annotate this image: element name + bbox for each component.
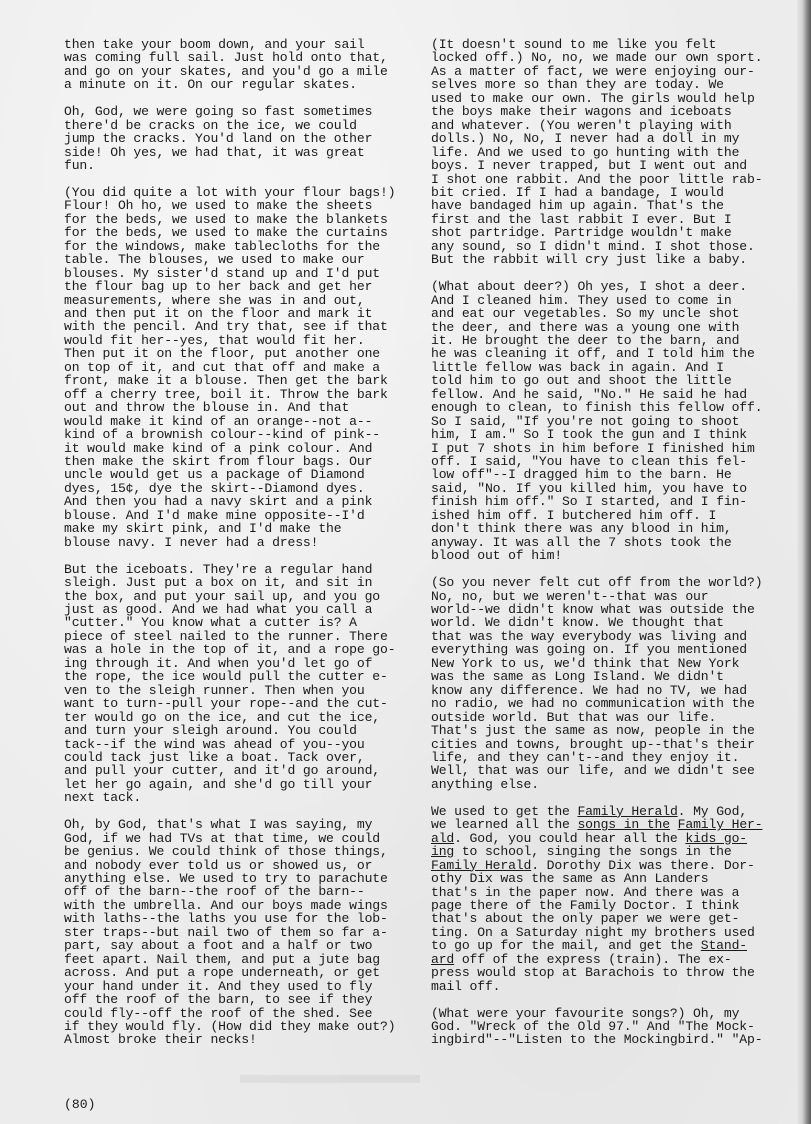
paragraph: (So you never felt cut off from the worl… — [431, 576, 791, 791]
text-line: could fly--off the roof of the shed. See — [64, 1007, 424, 1020]
text-line: on top of it, and cut that off and make … — [64, 361, 424, 374]
text-line: blouses. My sister'd stand up and I'd pu… — [64, 267, 424, 280]
text-line: piece of steel nailed to the runner. The… — [64, 630, 424, 643]
text-line: world. We didn't know. We thought that — [431, 616, 791, 629]
text-line: have bandaged him up again. That's the — [431, 199, 791, 212]
text-line: for the beds, we used to make the blanke… — [64, 213, 424, 226]
paragraph: (What were your favourite songs?) Oh, my… — [431, 1007, 791, 1047]
text-line: it would make kind of a pink colour. And — [64, 442, 424, 455]
text-line: dolls.) No, No, I never had a doll in my — [431, 132, 791, 145]
text-line: that's in the paper now. And there was a — [431, 886, 791, 899]
text-line: with the umbrella. And our boys made win… — [64, 899, 424, 912]
text-line: And I cleaned him. They used to come in — [431, 294, 791, 307]
text-line: ard off of the express (train). The ex- — [431, 953, 791, 966]
text-line: then take your boom down, and your sail — [64, 38, 424, 51]
text-line: the boys make their wagons and iceboats — [431, 105, 791, 118]
text-line: God, if we had TVs at that time, we coul… — [64, 832, 424, 845]
text-line: tack--if the wind was ahead of you--you — [64, 738, 424, 751]
text-line: blouse. And I'd make mine opposite--I'd — [64, 509, 424, 522]
text-line: side! Oh yes, we had that, it was great — [64, 146, 424, 159]
text-line: was a hole in the top of it, and a rope … — [64, 643, 424, 656]
text-line: fun. — [64, 159, 424, 172]
text-line: That's just the same as now, people in t… — [431, 724, 791, 737]
text-line: little fellow was back in again. And I — [431, 361, 791, 374]
text-line: locked off.) No, no, we made our own spo… — [431, 51, 791, 64]
text-line: out and throw the blouse in. And that — [64, 401, 424, 414]
text-line: ing to school, singing the songs in the — [431, 845, 791, 858]
text-line: We used to get the Family Herald. My God… — [431, 805, 791, 818]
text-line: and turn your sleigh around. You could — [64, 724, 424, 737]
text-line: ingbird"--"Listen to the Mockingbird." "… — [431, 1033, 791, 1046]
text-line: everything was going on. If you mentione… — [431, 643, 791, 656]
text-line: off the roof of the barn, to see if they — [64, 993, 424, 1006]
text-line: shot partridge. Partridge wouldn't make — [431, 226, 791, 239]
text-line: Flour! Oh ho, we used to make the sheets — [64, 199, 424, 212]
text-line: with the pencil. And try that, see if th… — [64, 320, 424, 333]
text-line: So I said, "If you're not going to shoot — [431, 415, 791, 428]
text-line: press would stop at Barachois to throw t… — [431, 966, 791, 979]
text-line: I put 7 shots in him before I finished h… — [431, 442, 791, 455]
text-line: be genius. We could think of those thing… — [64, 845, 424, 858]
text-line: New York to us, we'd think that New York — [431, 657, 791, 670]
text-line: world--we didn't know what was outside t… — [431, 603, 791, 616]
text-line: As a matter of fact, we were enjoying ou… — [431, 65, 791, 78]
text-line: But the iceboats. They're a regular hand — [64, 563, 424, 576]
text-line: God. "Wreck of the Old 97." And "The Moc… — [431, 1020, 791, 1033]
bleed-through-print — [240, 1075, 420, 1083]
text-line: off a cherry tree, boil it. Throw the ba… — [64, 388, 424, 401]
text-line: uncle would get us a package of Diamond — [64, 468, 424, 481]
text-line: with laths--the laths you use for the lo… — [64, 912, 424, 925]
underlined-title: songs in the — [577, 817, 670, 832]
text-line: make my skirt pink, and I'd make the — [64, 522, 424, 535]
text-line: across. And put a rope underneath, or ge… — [64, 966, 424, 979]
text-line: was the same as Long Island. We didn't — [431, 670, 791, 683]
text-line: table. The blouses, we used to make our — [64, 253, 424, 266]
text-line: Oh, God, we were going so fast sometimes — [64, 105, 424, 118]
text-line: anything else. We used to try to parachu… — [64, 872, 424, 885]
text-line: used to make our own. The girls would he… — [431, 92, 791, 105]
text-line: off of the barn--the roof of the barn-- — [64, 885, 424, 898]
text-line: first and the last rabbit I ever. But I — [431, 213, 791, 226]
text-line: dyes, 15¢, dye the skirt--Diamond dyes. — [64, 482, 424, 495]
right-text-column: (It doesn't sound to me like you feltloc… — [431, 38, 791, 1060]
text-line: blood out of him! — [431, 549, 791, 562]
text-line: But the rabbit will cry just like a baby… — [431, 253, 791, 266]
text-line: the rope, the ice would pull the cutter … — [64, 670, 424, 683]
left-text-column: then take your boom down, and your sailw… — [64, 38, 424, 1060]
text-line: for the beds, we used to make the curtai… — [64, 226, 424, 239]
paragraph: Oh, God, we were going so fast sometimes… — [64, 105, 424, 172]
text-line: ven to the sleigh runner. Then when you — [64, 684, 424, 697]
text-line: any sound, so I didn't mind. I shot thos… — [431, 240, 791, 253]
text-line: him, I am." So I took the gun and I thin… — [431, 428, 791, 441]
text-line: said, "No. If you killed him, you have t… — [431, 482, 791, 495]
text-line: don't think there was any blood in him, — [431, 522, 791, 535]
text-line: (It doesn't sound to me like you felt — [431, 38, 791, 51]
text-line: the box, and put your sail up, and you g… — [64, 590, 424, 603]
text-line: enough to clean, to finish this fellow o… — [431, 401, 791, 414]
paragraph: then take your boom down, and your sailw… — [64, 38, 424, 92]
page-binding-edge — [797, 0, 811, 1124]
text-line: a minute on it. On our regular skates. — [64, 78, 424, 91]
text-line: ster traps--but nail two of them so far … — [64, 926, 424, 939]
text-line: could tack just like a boat. Tack over, — [64, 751, 424, 764]
text-line: we learned all the songs in the Family H… — [431, 818, 791, 831]
text-line: want to turn--pull your rope--and the cu… — [64, 697, 424, 710]
text-line: front, make it a blouse. Then get the ba… — [64, 374, 424, 387]
text-line: it. He brought the deer to the barn, and — [431, 334, 791, 347]
text-line: page there of the Family Doctor. I think — [431, 899, 791, 912]
text-line: No, no, but we weren't--that was our — [431, 590, 791, 603]
text-line: your hand under it. And they used to fly — [64, 980, 424, 993]
text-line: if they would fly. (How did they make ou… — [64, 1020, 424, 1033]
text-line: told him to go out and shoot the little — [431, 374, 791, 387]
text-line: let her go again, and she'd go till your — [64, 778, 424, 791]
text-line: part, say about a foot and a half or two — [64, 939, 424, 952]
paragraph: We used to get the Family Herald. My God… — [431, 805, 791, 993]
text-line: the flour bag up to her back and get her — [64, 280, 424, 293]
text-line: cities and towns, brought up--that's the… — [431, 738, 791, 751]
text-line: measurements, where she was in and out, — [64, 294, 424, 307]
text-line: I shot one rabbit. And the poor little r… — [431, 173, 791, 186]
text-line: "cutter." You know what a cutter is? A — [64, 616, 424, 629]
paragraph: (It doesn't sound to me like you feltloc… — [431, 38, 791, 267]
text-line: ter would go on the ice, and cut the ice… — [64, 711, 424, 724]
text-line: And then you had a navy skirt and a pink — [64, 495, 424, 508]
paragraph: (You did quite a lot with your flour bag… — [64, 186, 424, 549]
text-line: low off"--I dragged him to the barn. He — [431, 468, 791, 481]
text-line: Then put it on the floor, put another on… — [64, 347, 424, 360]
text-line: off. I said, "You have to clean this fel… — [431, 455, 791, 468]
text-line: life. And we used to go hunting with the — [431, 146, 791, 159]
text-line: he was cleaning it off, and I told him t… — [431, 347, 791, 360]
text-line: just as good. And we had what you call a — [64, 603, 424, 616]
text-line: would fit her--yes, that would fit her. — [64, 334, 424, 347]
text-line: mail off. — [431, 980, 791, 993]
text-line: ting. On a Saturday night my brothers us… — [431, 926, 791, 939]
text-line: Almost broke their necks! — [64, 1033, 424, 1046]
text-line: othy Dix was the same as Ann Landers — [431, 872, 791, 885]
text-line: and whatever. (You weren't playing with — [431, 119, 791, 132]
text-line: next tack. — [64, 791, 424, 804]
paragraph: Oh, by God, that's what I was saying, my… — [64, 818, 424, 1047]
text-line: Family Herald. Dorothy Dix was there. Do… — [431, 859, 791, 872]
text-line: for the windows, make tablecloths for th… — [64, 240, 424, 253]
text-line: and eat our vegetables. So my uncle shot — [431, 307, 791, 320]
text-line: jump the cracks. You'd land on the other — [64, 132, 424, 145]
text-line: boys. I never trapped, but I went out an… — [431, 159, 791, 172]
text-line: that was the way everybody was living an… — [431, 630, 791, 643]
text-line: there'd be cracks on the ice, we could — [64, 119, 424, 132]
text-line: anything else. — [431, 778, 791, 791]
text-line: no radio, we had no communication with t… — [431, 697, 791, 710]
text-line: outside world. But that was our life. — [431, 711, 791, 724]
text-line: (What about deer?) Oh yes, I shot a deer… — [431, 280, 791, 293]
text-line: selves more so than they are today. We — [431, 78, 791, 91]
text-line: sleigh. Just put a box on it, and sit in — [64, 576, 424, 589]
paragraph: But the iceboats. They're a regular hand… — [64, 563, 424, 805]
text-line: fellow. And he said, "No." He said he ha… — [431, 388, 791, 401]
text-line: (So you never felt cut off from the worl… — [431, 576, 791, 589]
text-line: life, and they can't--and they enjoy it. — [431, 751, 791, 764]
text-line: ished him off. I butchered him off. I — [431, 509, 791, 522]
text-line: kind of a brownish colour--kind of pink-… — [64, 428, 424, 441]
text-line: Well, that was our life, and we didn't s… — [431, 764, 791, 777]
text-line: the deer, and there was a young one with — [431, 321, 791, 334]
page-number: (80) — [64, 1097, 95, 1112]
text-line: finish him off." So I started, and I fin… — [431, 495, 791, 508]
text-line: then make the skirt from flour bags. Our — [64, 455, 424, 468]
text-line: and go on your skates, and you'd go a mi… — [64, 65, 424, 78]
text-line: ald. God, you could hear all the kids go… — [431, 832, 791, 845]
text-line: Oh, by God, that's what I was saying, my — [64, 818, 424, 831]
text-line: (What were your favourite songs?) Oh, my — [431, 1007, 791, 1020]
text-line: would make it kind of an orange--not a-- — [64, 415, 424, 428]
text-line: that's about the only paper we were get- — [431, 912, 791, 925]
text-line: and pull your cutter, and it'd go around… — [64, 764, 424, 777]
text-line: feet apart. Nail them, and put a jute ba… — [64, 953, 424, 966]
text-line: and nobody ever told us or showed us, or — [64, 859, 424, 872]
text-line: bit cried. If I had a bandage, I would — [431, 186, 791, 199]
paragraph: (What about deer?) Oh yes, I shot a deer… — [431, 280, 791, 563]
text-line: know any difference. We had no TV, we ha… — [431, 684, 791, 697]
text-line: blouse navy. I never had a dress! — [64, 536, 424, 549]
text-line: was coming full sail. Just hold onto tha… — [64, 51, 424, 64]
text-line: and then put it on the floor and mark it — [64, 307, 424, 320]
text-line: anyway. It was all the 7 shots took the — [431, 536, 791, 549]
text-line: ing through it. And when you'd let go of — [64, 657, 424, 670]
text-line: (You did quite a lot with your flour bag… — [64, 186, 424, 199]
scanned-page: then take your boom down, and your sailw… — [0, 0, 811, 1124]
text-line: to go up for the mail, and get the Stand… — [431, 939, 791, 952]
